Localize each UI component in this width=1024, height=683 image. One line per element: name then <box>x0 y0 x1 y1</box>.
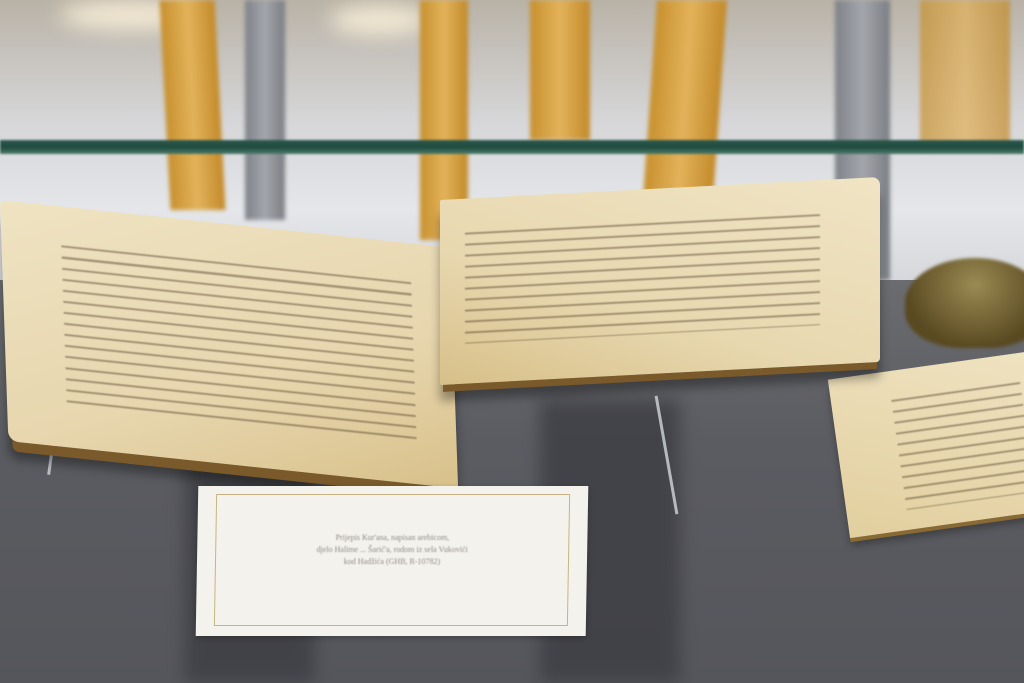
label-text: Prijepis Kur'ana, napisan arebicom, djel… <box>197 532 588 568</box>
label-line: Prijepis Kur'ana, napisan arebicom, <box>197 532 587 544</box>
label-line: djelo Halime ... Šarić'a, rodom iz sela … <box>197 544 587 556</box>
manuscript-left-page <box>0 200 458 489</box>
ceiling-light <box>330 5 430 35</box>
exhibit-label-card: Prijepis Kur'ana, napisan arebicom, djel… <box>196 486 589 636</box>
label-line: kod Hadžića (GHB, R-10782) <box>197 556 587 568</box>
brass-bowl <box>905 258 1024 348</box>
metal-post <box>245 0 285 220</box>
manuscript-right-page <box>440 177 880 385</box>
museum-display-photo: Prijepis Kur'ana, napisan arebicom, djel… <box>0 0 1024 683</box>
glass-shelf-edge <box>0 140 1024 154</box>
wooden-post <box>159 0 225 210</box>
wooden-post <box>530 0 590 140</box>
wooden-post <box>920 0 1010 150</box>
manuscript-page-right <box>828 352 1024 538</box>
wooden-post <box>643 0 727 200</box>
